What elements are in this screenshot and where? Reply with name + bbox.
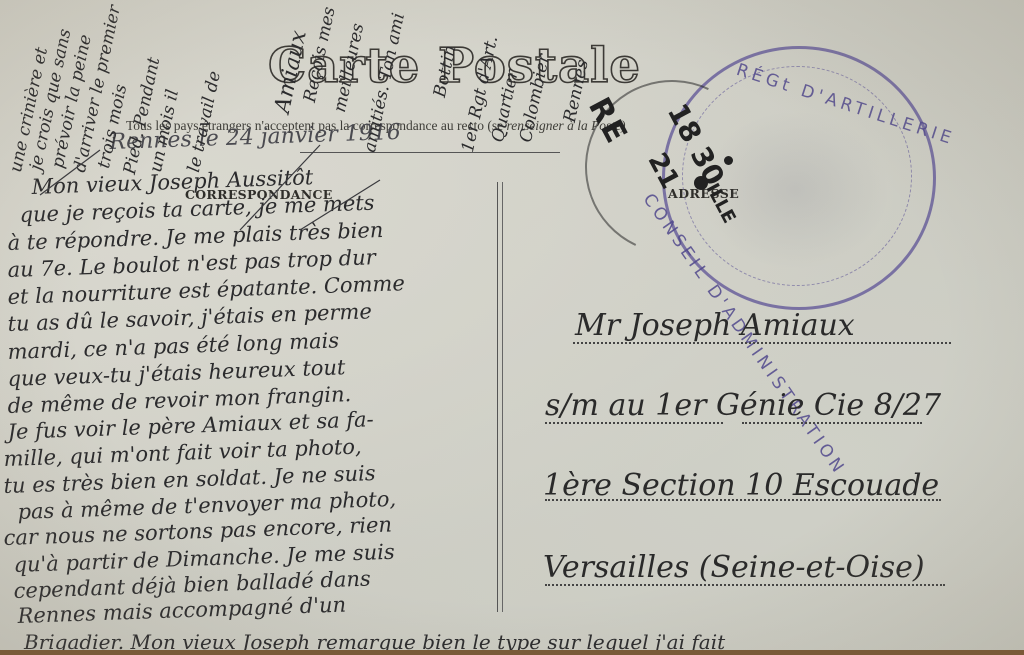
postmark-ink-dot <box>724 156 733 165</box>
divider-line <box>497 182 498 612</box>
address-line-unit: s/m au 1er Génie Cie 8/27 <box>545 388 941 423</box>
divider-line-inner <box>502 182 503 612</box>
letter-line-final: Brigadier. Mon vieux Joseph remarque bie… <box>24 630 725 652</box>
address-line-city: Versailles (Seine-et-Oise) <box>543 550 925 585</box>
postmark-ink-dot <box>694 176 708 190</box>
address-line-section: 1ère Section 10 Escouade <box>543 468 939 503</box>
postcard-back: Carte Postale Tous les pays étrangers n'… <box>0 0 1024 652</box>
date-rule <box>300 152 560 153</box>
address-line-name: Mr Joseph Amiaux <box>575 308 855 343</box>
table-edge <box>0 650 1024 655</box>
